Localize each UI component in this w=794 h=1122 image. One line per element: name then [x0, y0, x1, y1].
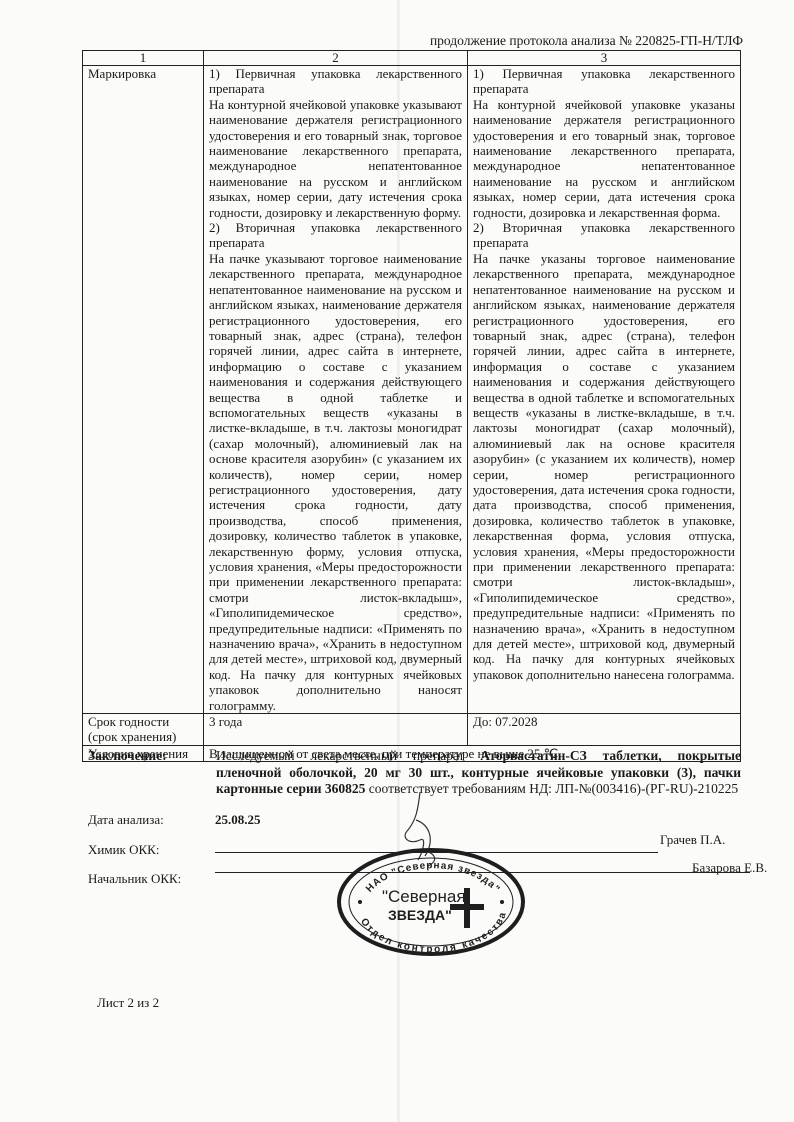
column-number-3: 3	[468, 51, 741, 66]
page-number: Лист 2 из 2	[97, 995, 159, 1011]
head-name: Базарова Е.В.	[692, 860, 767, 876]
table-row-marking: Маркировка 1) Первичная упаковка лекарст…	[83, 66, 741, 714]
chemist-name: Грачев П.А.	[660, 832, 725, 848]
protocol-header: продолжение протокола анализа № 220825-Г…	[430, 33, 743, 49]
company-stamp-icon: НАО "Северная звезда" Отдел контроля кач…	[336, 848, 526, 956]
analysis-date-value: 25.08.25	[215, 812, 261, 828]
conclusion-text-pre: Исследуемый лекарственный препарат	[216, 748, 480, 763]
svg-text:"Северная: "Северная	[382, 887, 466, 906]
primary-package-title: 1) Первичная упаковка лекарственного	[209, 66, 462, 81]
primary-package-title: 1) Первичная упаковка лекарственного	[473, 66, 735, 81]
result-cell: 1) Первичная упаковка лекарственного пре…	[468, 66, 741, 714]
primary-package-title-cont: препарата	[209, 81, 462, 96]
primary-package-text: На контурной ячейковой упаковке указываю…	[209, 97, 462, 220]
requirement-cell: 3 года	[204, 714, 468, 746]
table-row-shelf-life: Срок годности (срок хранения) 3 года До:…	[83, 714, 741, 746]
primary-package-text: На контурной ячейковой упаковке указаны …	[473, 97, 735, 220]
svg-text:ЗВЕЗДА": ЗВЕЗДА"	[388, 907, 452, 923]
analysis-table: 1 2 3 Маркировка 1) Первичная упаковка л…	[82, 50, 741, 762]
secondary-package-text: На пачке указывают торговое наименование…	[209, 251, 462, 713]
secondary-package-title-cont: препарата	[209, 235, 462, 250]
conclusion-text: Исследуемый лекарственный препарат Аторв…	[216, 748, 741, 798]
secondary-package-title: 2) Вторичная упаковка лекарственного	[473, 220, 735, 235]
secondary-package-title-cont: препарата	[473, 235, 735, 250]
head-label: Начальник ОКК:	[88, 871, 181, 887]
column-number-2: 2	[204, 51, 468, 66]
result-cell: До: 07.2028	[468, 714, 741, 746]
primary-package-title-cont: препарата	[473, 81, 735, 96]
secondary-package-title: 2) Вторичная упаковка лекарственного	[209, 220, 462, 235]
row-label: Срок годности (срок хранения)	[83, 714, 204, 746]
analysis-date-label: Дата анализа:	[88, 812, 164, 828]
secondary-package-text: На пачке указаны торговое наименование л…	[473, 251, 735, 682]
chemist-label: Химик ОКК:	[88, 842, 159, 858]
requirement-cell: 1) Первичная упаковка лекарственного пре…	[204, 66, 468, 714]
conclusion-label: Заключение:	[88, 748, 167, 765]
table-header-row: 1 2 3	[83, 51, 741, 66]
column-number-1: 1	[83, 51, 204, 66]
row-label: Маркировка	[83, 66, 204, 714]
